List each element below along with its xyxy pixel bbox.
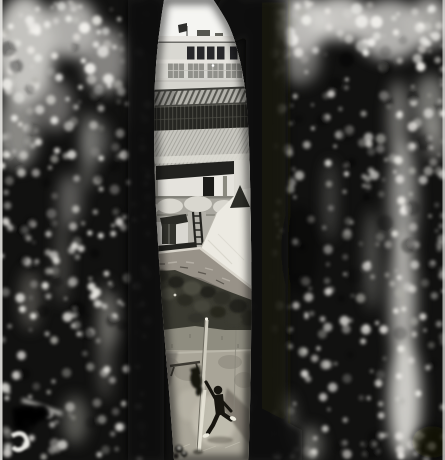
- figure-shadow: [207, 437, 233, 444]
- left-border-strip: [0, 0, 3, 460]
- pole-tip: [205, 317, 208, 320]
- shed: [156, 161, 234, 198]
- photograph: [0, 0, 445, 460]
- photo-stage: [0, 0, 445, 460]
- white-fleck: [212, 64, 215, 67]
- head: [214, 386, 223, 395]
- shed-doorway: [203, 177, 214, 197]
- white-fleck: [174, 294, 177, 297]
